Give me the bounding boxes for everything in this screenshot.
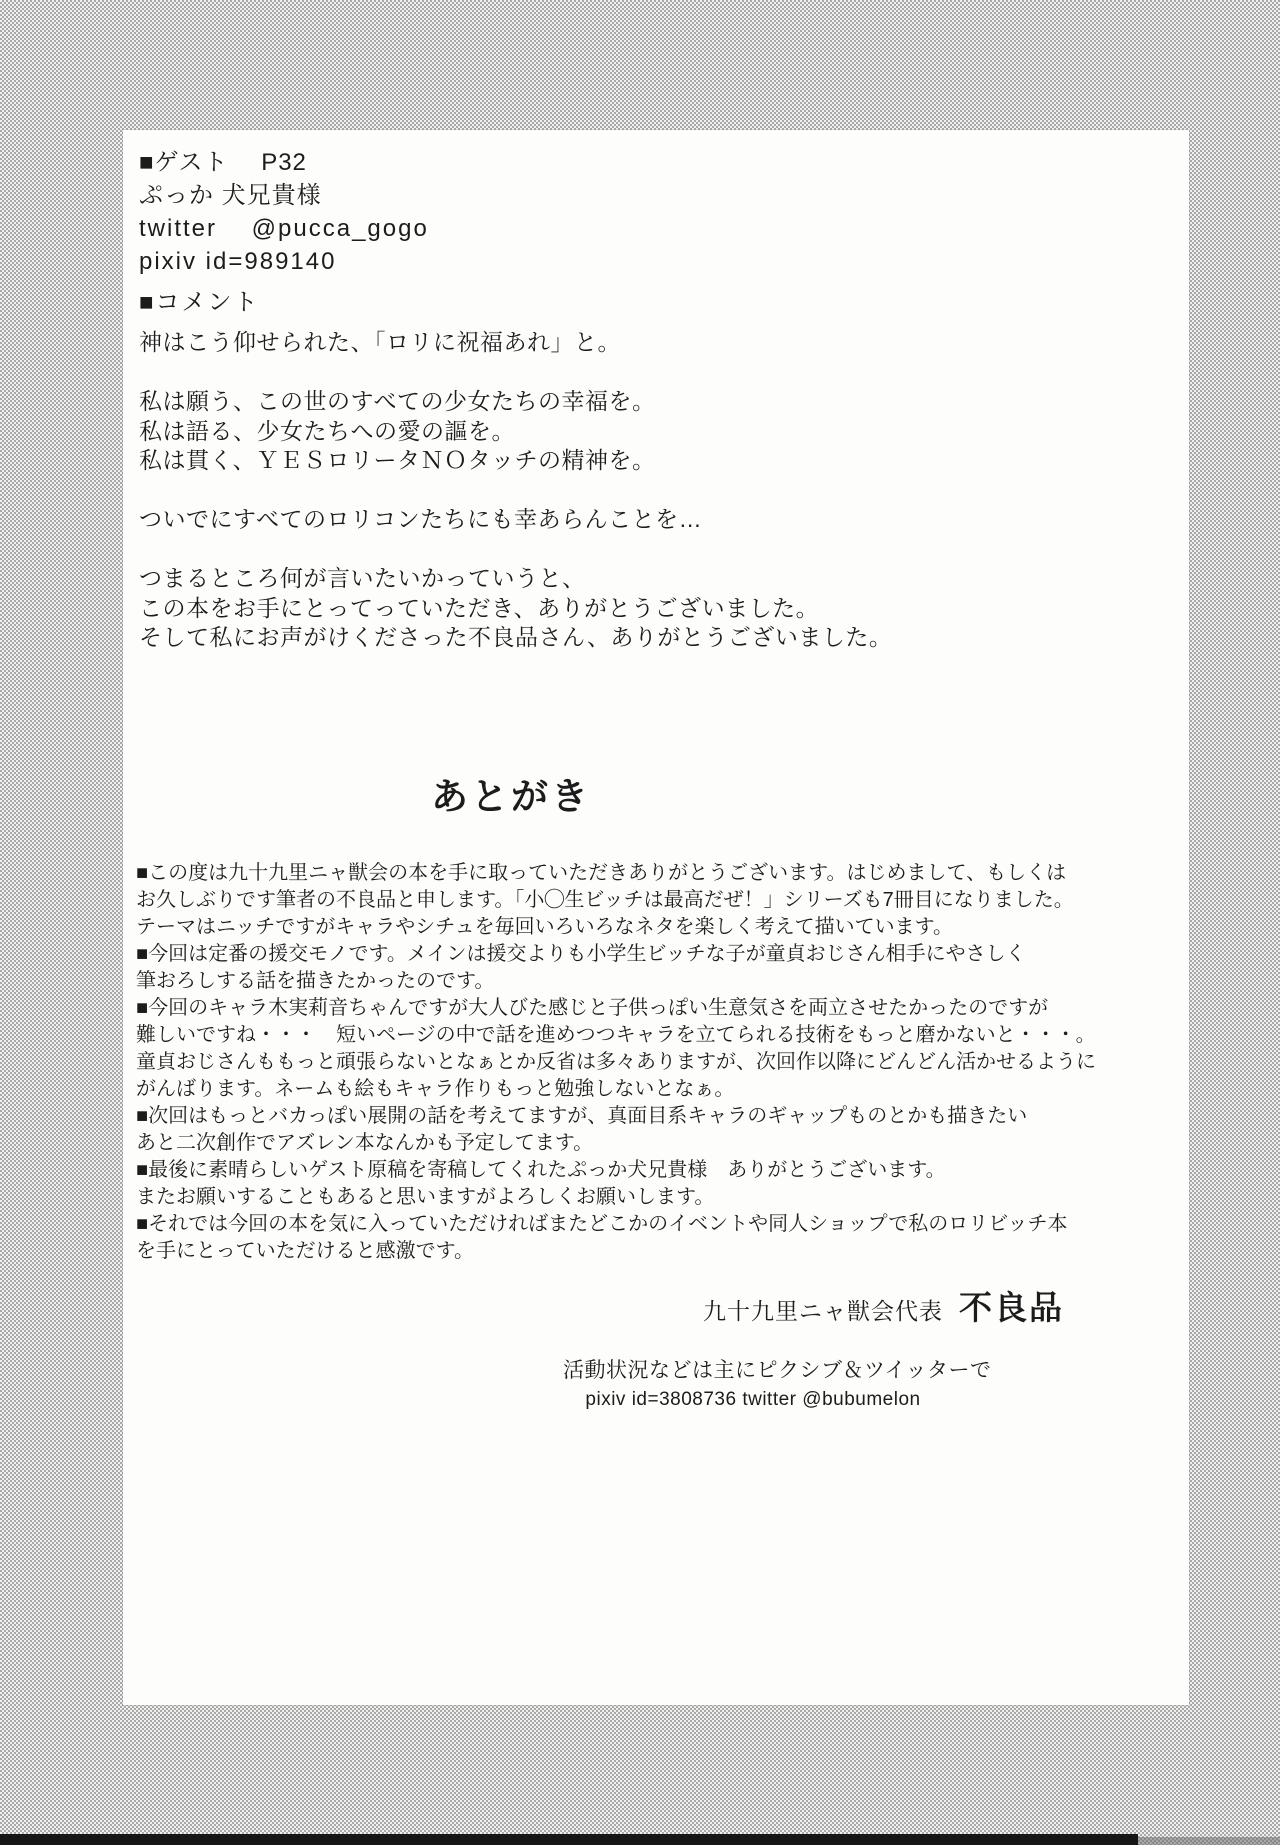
afterword-line: ■それでは今回の本を気に入っていただければまたどこかのイベントや同人ショップで私… [136,1211,1176,1238]
comment-line: 私は願う、この世のすべての少女たちの幸福を。 [139,387,892,417]
comment-line: この本をお手にとってっていただき、ありがとうございました。 [139,594,892,624]
comment-line [139,358,892,388]
scanned-afterword-page: { "guest": { "heading": "■ゲスト P32", "nam… [0,0,1280,1845]
paper-page: ■ゲスト P32 ぷっか 犬兄貴様 twitter @pucca_gogo pi… [123,130,1189,1705]
comment-line: 神はこう仰せられた、「ロリに祝福あれ」と。 [139,328,892,358]
afterword-line: お久しぶりです筆者の不良品と申します。「小◯生ビッチは最高だぜ！」シリーズも7冊… [136,887,1176,914]
afterword-line: ■次回はもっとバカっぽい展開の話を考えてますが、真面目系キャラのギャップものとか… [136,1103,1176,1130]
signature-circle-role: 九十九里ニャ獣会代表 [703,1293,943,1326]
afterword-line: テーマはニッチですがキャラやシチュを毎回いろいろなネタを楽しく考えて描いています… [136,914,1176,941]
contact-ids-line: pixiv id=3808736 twitter @bubumelon [563,1386,943,1414]
signature-author-name: 不良品 [959,1282,1064,1329]
afterword-title: あとがき [431,766,591,820]
guest-name: ぷっか 犬兄貴様 [139,179,429,212]
contact-activity-line: 活動状況などは主にピクシブ＆ツイッターで [563,1356,943,1386]
guest-credit-block: ■ゲスト P32 ぷっか 犬兄貴様 twitter @pucca_gogo pi… [139,146,429,278]
afterword-line: 難しいですね・・・ 短いページの中で話を進めつつキャラを立てられる技術をもっと磨… [136,1022,1176,1049]
scan-edge-dark-strip [0,1834,1138,1845]
guest-pixiv: pixiv id=989140 [139,245,429,278]
comment-body: 神はこう仰せられた、「ロリに祝福あれ」と。 私は願う、この世のすべての少女たちの… [139,328,892,653]
afterword-line: 筆おろしする話を描きたかったのです。 [136,968,1176,995]
comment-line: 私は貫く、ＹＥＳロリータＮＯタッチの精神を。 [139,446,892,476]
comment-line [139,535,892,565]
afterword-line: 童貞おじさんももっと頑張らないとなぁとか反省は多々ありますが、次回作以降にどんど… [136,1049,1176,1076]
afterword-line: ■今回のキャラ木実莉音ちゃんですが大人びた感じと子供っぽい生意気さを両立させたか… [136,995,1176,1022]
comment-line: 私は語る、少女たちへの愛の謳を。 [139,417,892,447]
afterword-line: を手にとっていただけると感激です。 [136,1238,1176,1265]
afterword-body: ■この度は九十九里ニャ獣会の本を手に取っていただきありがとうございます。はじめま… [136,860,1176,1265]
signature-block: 九十九里ニャ獣会代表 不良品 [703,1282,1064,1329]
afterword-line: ■今回は定番の援交モノです。メインは援交よりも小学生ビッチな子が童貞おじさん相手… [136,941,1176,968]
afterword-line: あと二次創作でアズレン本なんかも予定してます。 [136,1130,1176,1157]
afterword-line: またお願いすることもあると思いますがよろしくお願いします。 [136,1184,1176,1211]
contact-block: 活動状況などは主にピクシブ＆ツイッターで pixiv id=3808736 tw… [563,1356,943,1414]
comment-line [139,476,892,506]
guest-heading: ■ゲスト P32 [139,146,429,179]
afterword-line: ■最後に素晴らしいゲスト原稿を寄稿してくれたぷっか犬兄貴様 ありがとうございます… [136,1157,1176,1184]
afterword-line: がんばります。ネームも絵もキャラ作りもっと勉強しないとなぁ。 [136,1076,1176,1103]
comment-line: つまるところ何が言いたいかっていうと、 [139,564,892,594]
afterword-line: ■この度は九十九里ニャ獣会の本を手に取っていただきありがとうございます。はじめま… [136,860,1176,887]
comment-line: そして私にお声がけくださった不良品さん、ありがとうございました。 [139,623,892,653]
comment-line: ついでにすべてのロリコンたちにも幸あらんことを… [139,505,892,535]
guest-twitter: twitter @pucca_gogo [139,212,429,245]
scan-edge-fade [1138,1837,1280,1845]
comment-heading: ■コメント [139,282,260,317]
